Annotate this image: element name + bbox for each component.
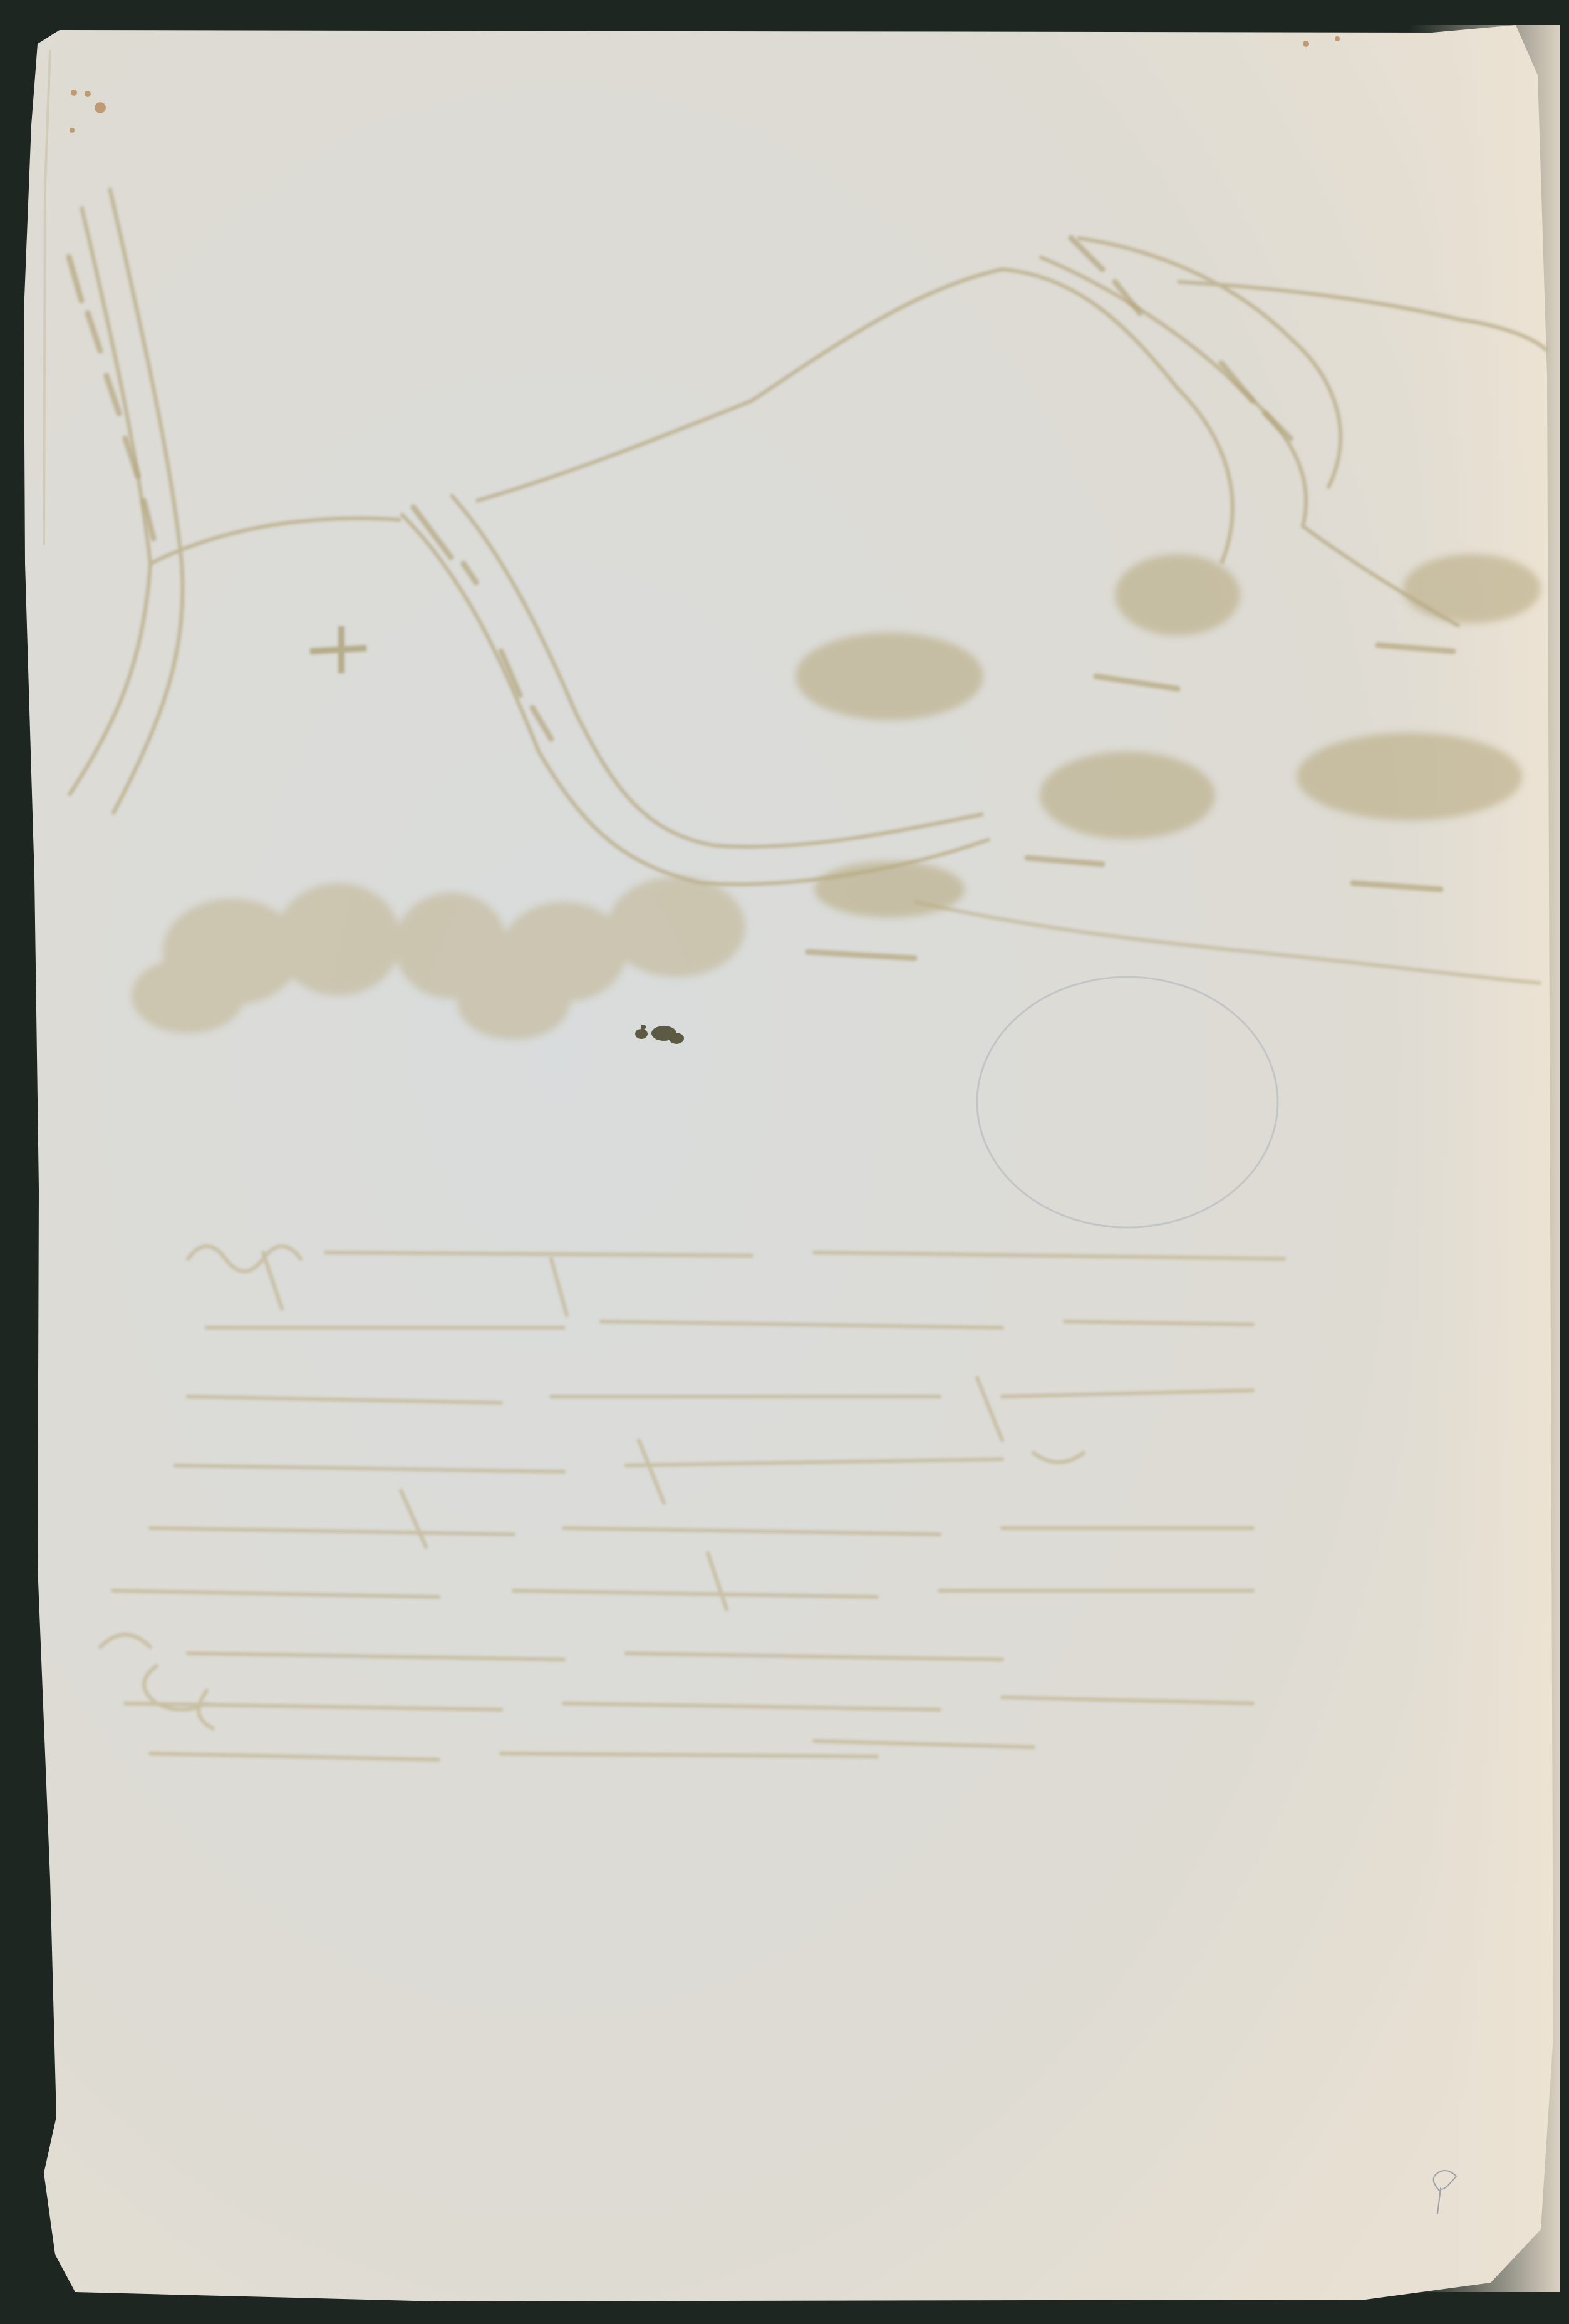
- paper-leaf: [24, 25, 1553, 2301]
- town-upper-right: [1115, 554, 1240, 636]
- town-right-lower: [1297, 733, 1522, 820]
- town-lower-center: [814, 861, 965, 917]
- town-right-center: [1040, 751, 1215, 839]
- town-far-right: [1403, 554, 1541, 623]
- manuscript-page: Faded pen-and-wash sketch map visible in…: [0, 0, 1569, 2324]
- town-center: [795, 633, 983, 720]
- page-scan: [0, 0, 1569, 2324]
